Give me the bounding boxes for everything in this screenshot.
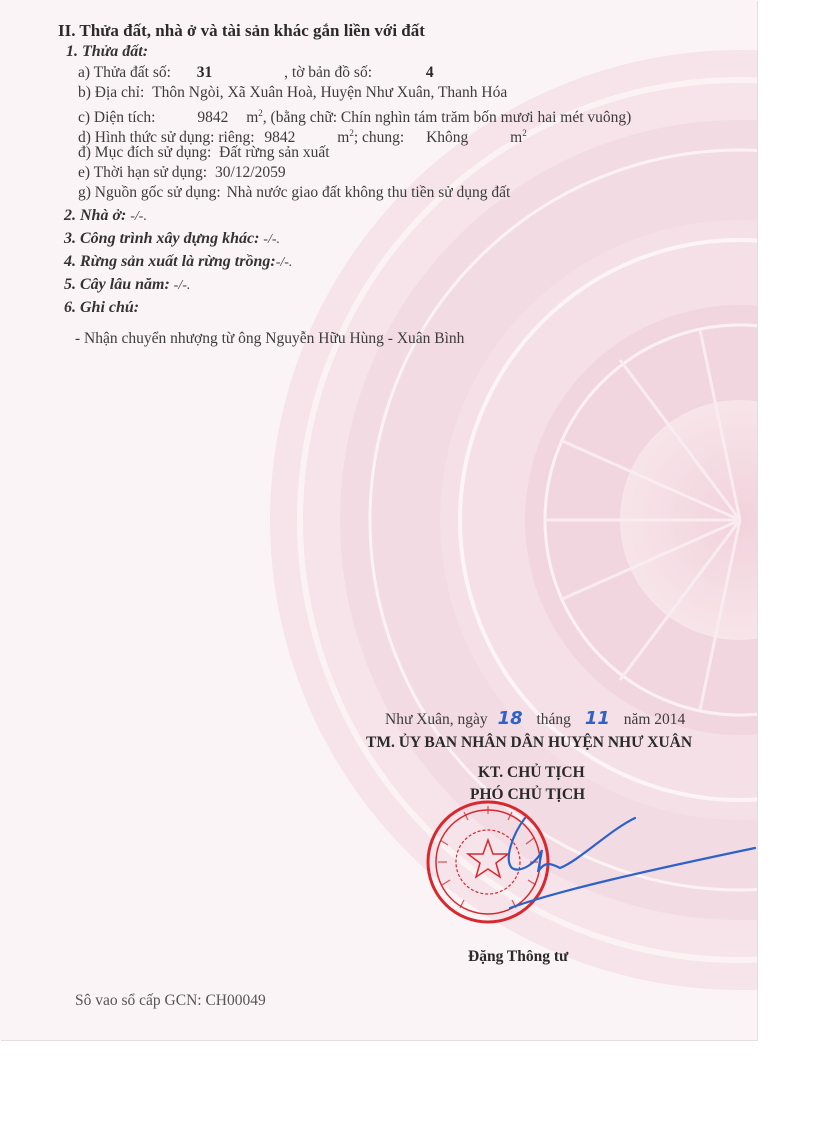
place-date-line: Như Xuân, ngày 18 tháng 11 năm 2014 — [385, 710, 685, 729]
origin-value: Nhà nước giao đất không thu tiền sử dụng… — [227, 184, 511, 201]
red-seal-icon — [428, 802, 548, 922]
origin-label: g) Nguồn gốc sử dụng: — [78, 184, 221, 201]
purpose-label: đ) Mục đích sử dụng: — [78, 144, 211, 161]
stamp-and-signature — [420, 790, 757, 940]
place-date-prefix: Như Xuân, ngày — [385, 711, 488, 728]
house-value: -/-. — [130, 209, 147, 224]
handwritten-signature-icon — [509, 818, 755, 908]
issuing-organization: TM. ỦY BAN NHÂN DÂN HUYỆN NHƯ XUÂN — [366, 734, 692, 752]
month-label: tháng — [537, 711, 571, 728]
certificate-page: II. Thửa đất, nhà ở và tài sản khác gắn … — [0, 0, 757, 1040]
term-label: e) Thời hạn sử dụng: — [78, 164, 207, 181]
perennial-trees-label: 5. Cây lâu năm: — [64, 276, 170, 293]
house-row: 2. Nhà ở: -/-. — [64, 207, 147, 226]
year-label: năm 2014 — [624, 711, 686, 728]
parcel-number-row: a) Thửa đất số: 31 , tờ bản đồ số: 4 — [78, 64, 434, 82]
other-construction-row: 3. Công trình xây dựng khác: -/-. — [64, 230, 280, 249]
term-value: 30/12/2059 — [215, 164, 286, 181]
planted-forest-value: -/-. — [276, 255, 293, 270]
handwritten-month: 11 — [585, 708, 610, 729]
planted-forest-label: 4. Rừng sản xuất là rừng trồng: — [64, 253, 276, 270]
term-row: e) Thời hạn sử dụng: 30/12/2059 — [78, 164, 286, 182]
other-construction-value: -/-. — [263, 232, 280, 247]
parcel-number-value: 31 — [197, 64, 213, 81]
common-area-label: ; chung: — [354, 129, 404, 146]
parcel-number-label: a) Thửa đất số: — [78, 64, 171, 81]
common-area-value: Không — [426, 129, 468, 146]
address-label: b) Địa chỉ: — [78, 84, 144, 101]
perennial-trees-value: -/-. — [174, 278, 191, 293]
handwritten-day: 18 — [498, 708, 523, 729]
private-area-unit: m2 — [337, 129, 354, 146]
other-construction-label: 3. Công trình xây dựng khác: — [64, 230, 259, 247]
address-value: Thôn Ngòi, Xã Xuân Hoà, Huyện Như Xuân, … — [152, 84, 507, 101]
common-area-unit: m2 — [510, 129, 527, 146]
registry-number: Sô vao sổ cấp GCN: CH00049 — [75, 992, 266, 1010]
purpose-row: đ) Mục đích sử dụng: Đất rừng sản xuất — [78, 144, 330, 162]
map-sheet-value: 4 — [426, 64, 434, 81]
parcel-heading: 1. Thửa đất: — [66, 43, 148, 61]
notes-text: - Nhận chuyển nhượng từ ông Nguyễn Hữu H… — [75, 330, 464, 348]
house-label: 2. Nhà ở: — [64, 207, 126, 224]
signer-title-1: KT. CHỦ TỊCH — [478, 764, 585, 782]
section-title: II. Thửa đất, nhà ở và tài sản khác gắn … — [58, 22, 425, 40]
perennial-trees-row: 5. Cây lâu năm: -/-. — [64, 276, 190, 295]
address-row: b) Địa chỉ: Thôn Ngòi, Xã Xuân Hoà, Huyệ… — [78, 84, 507, 102]
planted-forest-row: 4. Rừng sản xuất là rừng trồng:-/-. — [64, 253, 292, 272]
purpose-value: Đất rừng sản xuất — [219, 144, 329, 161]
signer-name: Đặng Thông tư — [468, 948, 568, 966]
origin-row: g) Nguồn gốc sử dụng: Nhà nước giao đất … — [78, 184, 510, 202]
map-sheet-label: , tờ bản đồ số: — [284, 64, 372, 81]
notes-heading: 6. Ghi chú: — [64, 299, 139, 317]
